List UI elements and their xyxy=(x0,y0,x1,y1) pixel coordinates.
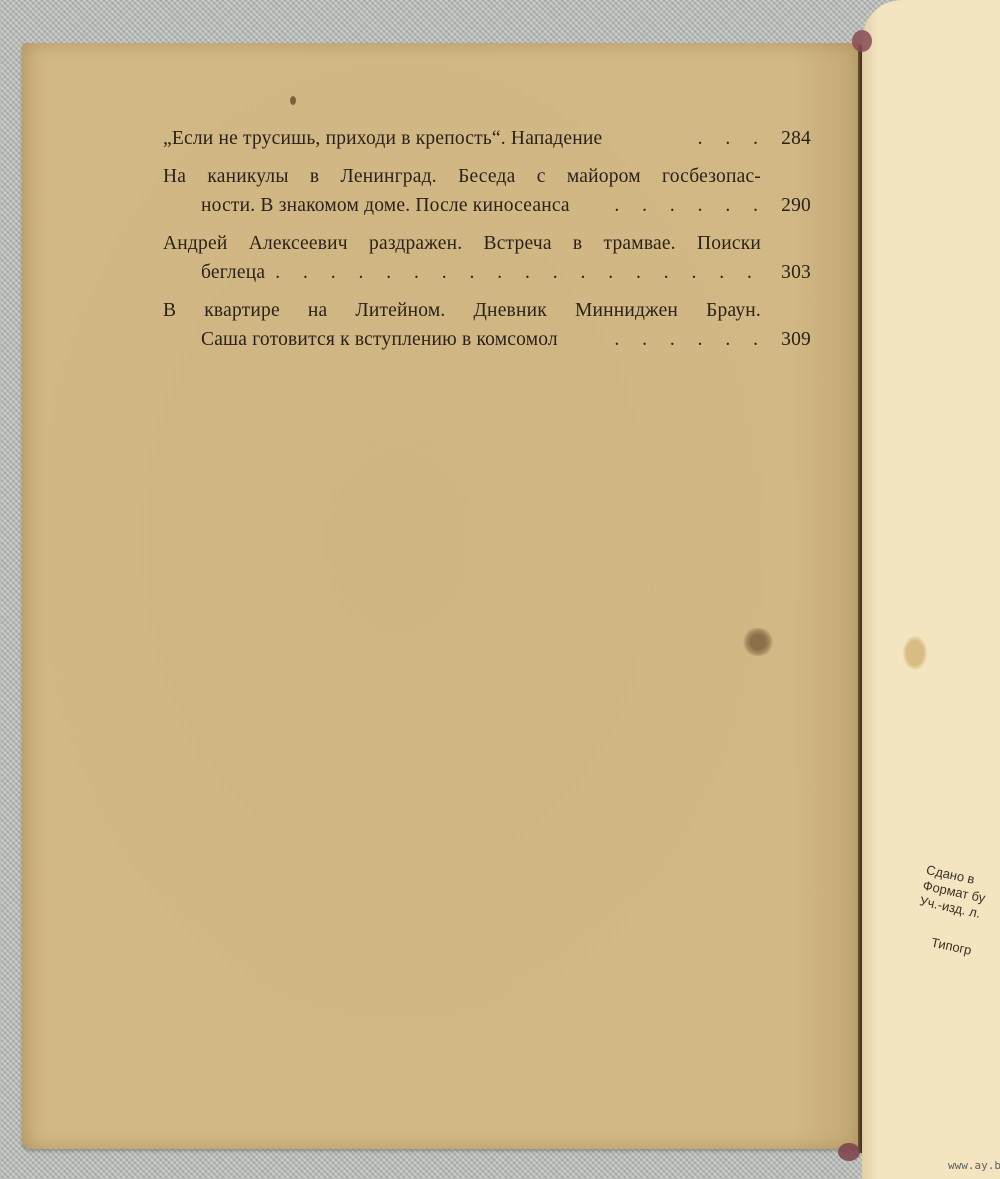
toc-page-number: 284 xyxy=(775,124,811,153)
book-spine-gutter xyxy=(858,45,862,1153)
watermark: www.ay.by xyxy=(948,1159,1000,1172)
paper-stain xyxy=(903,636,927,670)
toc-entry-title: На каникулы в Ленинград. Беседа с майоро… xyxy=(163,166,761,187)
toc-leader-dots: . . . . . . . . . . . . . . . . . . . . … xyxy=(265,258,775,287)
toc-page-number: 290 xyxy=(775,191,811,220)
toc-entry: Андрей Алексеевич раздражен. Встреча в т… xyxy=(163,229,811,287)
toc-entry-title-continued: ности. В знакомом доме. После киносеанса xyxy=(201,191,570,220)
toc-entry-title: Андрей Алексеевич раздражен. Встреча в т… xyxy=(163,233,761,254)
paper-speck xyxy=(290,96,296,105)
toc-entry-title-continued: Саша готовится к вступлению в комсомол xyxy=(201,325,558,354)
toc-entry: На каникулы в Ленинград. Беседа с майоро… xyxy=(163,162,811,220)
toc-entry: „Если не трусишь, приходи в крепость“. Н… xyxy=(163,124,811,153)
toc-entry-title-continued: беглеца xyxy=(201,258,265,287)
toc-page-number: 303 xyxy=(775,258,811,287)
toc-entry-title: „Если не трусишь, приходи в крепость“. Н… xyxy=(163,124,602,153)
binding-thread-top xyxy=(852,30,872,52)
binding-thread-bottom xyxy=(838,1143,860,1161)
toc-entry: В квартире на Литейном. Дневник Миннидже… xyxy=(163,296,811,354)
toc-entry-title: В квартире на Литейном. Дневник Миннидже… xyxy=(163,300,761,321)
toc-leader-dots: . . . . . . xyxy=(570,191,775,220)
paper-stain xyxy=(742,628,774,656)
toc-leader-dots: . . . . . . xyxy=(558,325,775,354)
toc-page-number: 309 xyxy=(775,325,811,354)
table-of-contents: „Если не трусишь, приходи в крепость“. Н… xyxy=(163,124,811,363)
toc-leader-dots: . . . xyxy=(602,124,775,153)
right-page xyxy=(862,0,1000,1179)
